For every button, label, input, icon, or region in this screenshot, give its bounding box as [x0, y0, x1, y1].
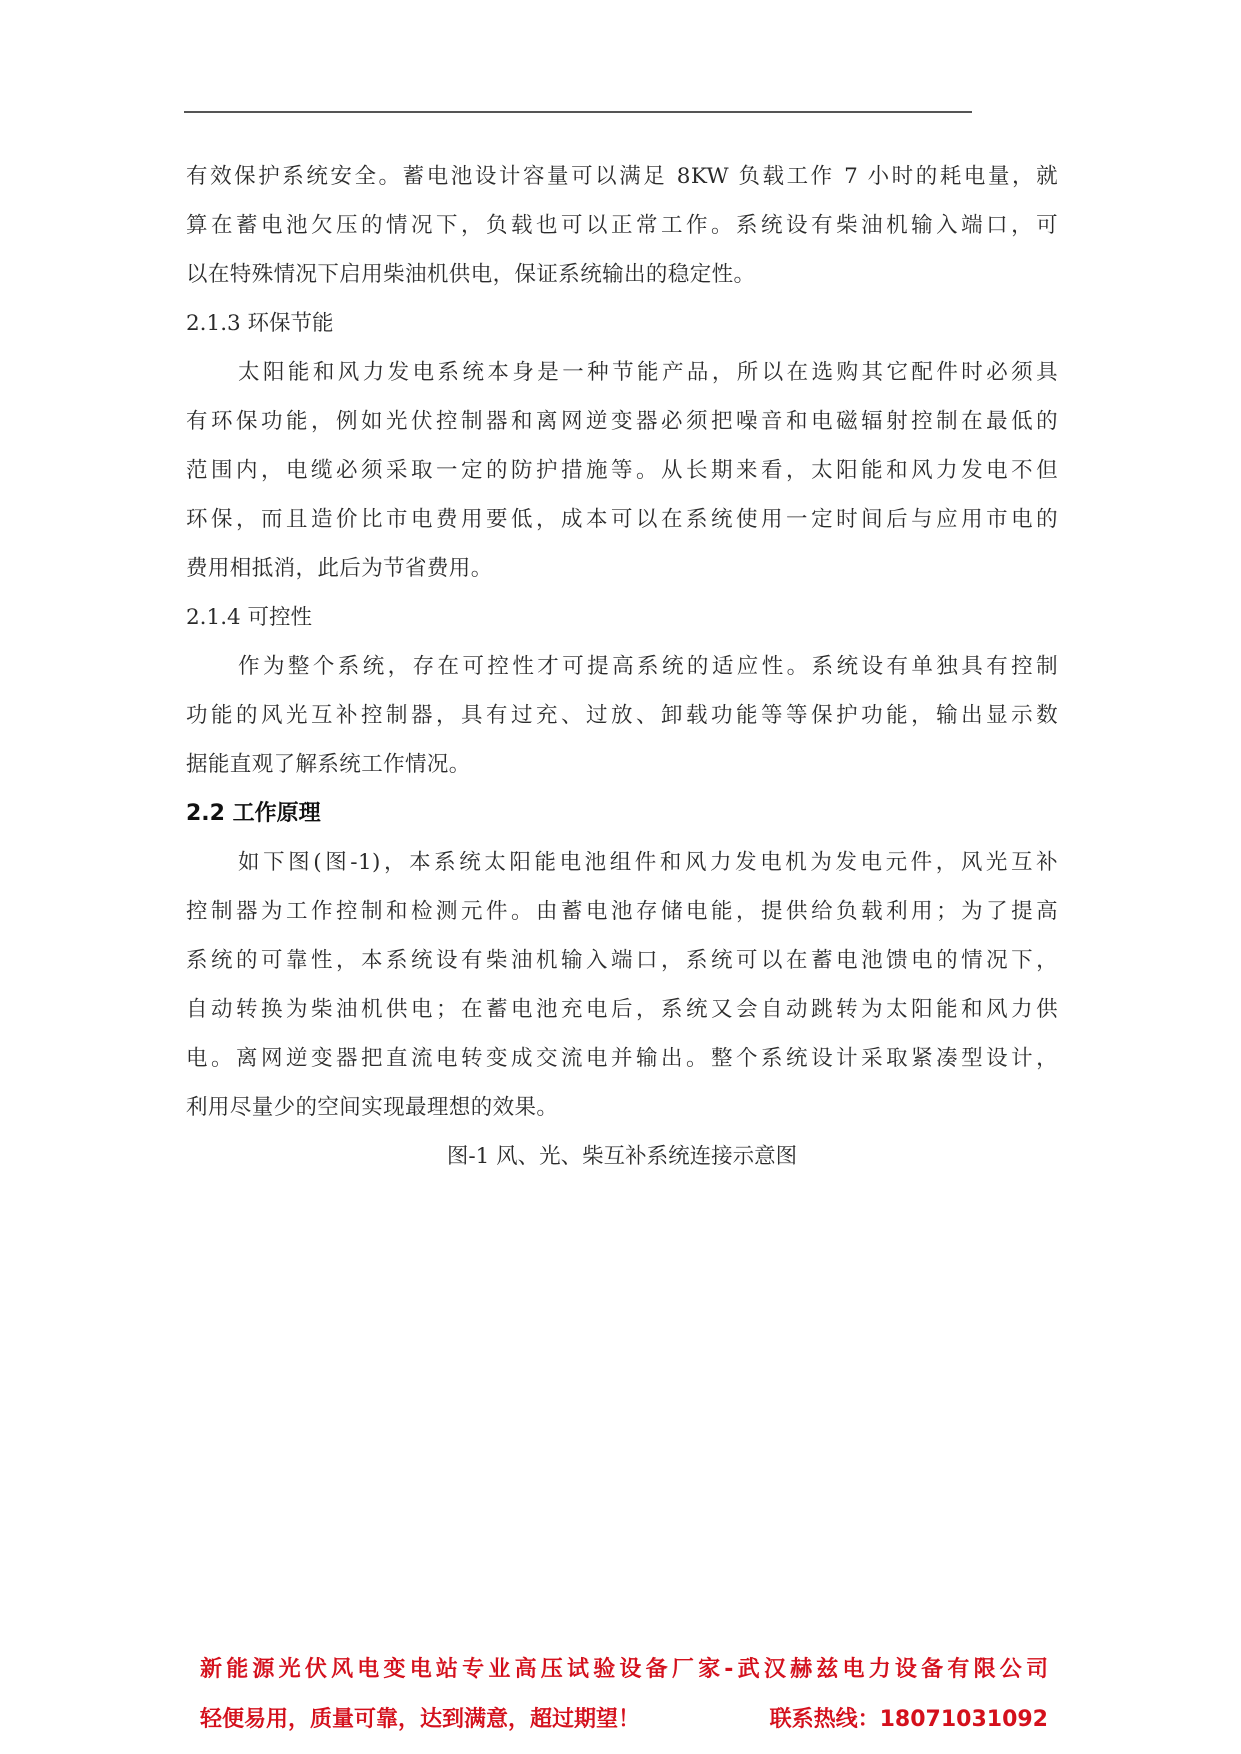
text-line: 费用相抵消，此后为节省费用。 — [186, 544, 1058, 593]
text-line: 环保，而且造价比市电费用要低，成本可以在系统使用一定时间后与应用市电的 — [186, 495, 1058, 544]
paragraph-2-2: 如下图(图-1)，本系统太阳能电池组件和风力发电机为发电元件，风光互补 控制器为… — [186, 838, 1058, 1132]
text-line: 有环保功能，例如光伏控制器和离网逆变器必须把噪音和电磁辐射控制在最低的 — [186, 397, 1058, 446]
text-line: 有效保护系统安全。蓄电池设计容量可以满足 8KW 负载工作 7 小时的耗电量，就 — [186, 152, 1058, 201]
text-line: 功能的风光互补控制器，具有过充、过放、卸载功能等等保护功能，输出显示数 — [186, 691, 1058, 740]
footer-slogan: 轻便易用，质量可靠，达到满意，超过期望！ — [200, 1706, 640, 1734]
text-line: 太阳能和风力发电系统本身是一种节能产品，所以在选购其它配件时必须具 — [186, 348, 1058, 397]
text-line: 自动转换为柴油机供电；在蓄电池充电后，系统又会自动跳转为太阳能和风力供 — [186, 985, 1058, 1034]
document-body: 有效保护系统安全。蓄电池设计容量可以满足 8KW 负载工作 7 小时的耗电量，就… — [186, 152, 1058, 1181]
text-line: 电。离网逆变器把直流电转变成交流电并输出。整个系统设计采取紧凑型设计， — [186, 1034, 1058, 1083]
hotline-number: 18071031092 — [880, 1707, 1048, 1732]
heading-2-1-3: 2.1.3 环保节能 — [186, 299, 1058, 348]
text-line: 以在特殊情况下启用柴油机供电，保证系统输出的稳定性。 — [186, 250, 1058, 299]
paragraph-2-1-4: 作为整个系统，存在可控性才可提高系统的适应性。系统设有单独具有控制 功能的风光互… — [186, 642, 1058, 789]
text-line: 范围内，电缆必须采取一定的防护措施等。从长期来看，太阳能和风力发电不但 — [186, 446, 1058, 495]
text-line: 如下图(图-1)，本系统太阳能电池组件和风力发电机为发电元件，风光互补 — [186, 838, 1058, 887]
text-line: 控制器为工作控制和检测元件。由蓄电池存储电能，提供给负载利用；为了提高 — [186, 887, 1058, 936]
figure-caption: 图-1 风、光、柴互补系统连接示意图 — [186, 1132, 1058, 1181]
paragraph-intro: 有效保护系统安全。蓄电池设计容量可以满足 8KW 负载工作 7 小时的耗电量，就… — [186, 152, 1058, 299]
hotline-label: 联系热线： — [770, 1707, 880, 1732]
paragraph-2-1-3: 太阳能和风力发电系统本身是一种节能产品，所以在选购其它配件时必须具 有环保功能，… — [186, 348, 1058, 593]
footer-contact-line: 轻便易用，质量可靠，达到满意，超过期望！ 联系热线：18071031092 — [200, 1706, 1048, 1734]
text-line: 算在蓄电池欠压的情况下，负载也可以正常工作。系统设有柴油机输入端口，可 — [186, 201, 1058, 250]
text-line: 系统的可靠性，本系统设有柴油机输入端口，系统可以在蓄电池馈电的情况下， — [186, 936, 1058, 985]
footer-company-line: 新能源光伏风电变电站专业高压试验设备厂家-武汉赫兹电力设备有限公司 — [200, 1656, 1048, 1684]
footer-hotline: 联系热线：18071031092 — [770, 1706, 1048, 1734]
footer-banner: 新能源光伏风电变电站专业高压试验设备厂家-武汉赫兹电力设备有限公司 轻便易用，质… — [200, 1656, 1048, 1734]
heading-2-1-4: 2.1.4 可控性 — [186, 593, 1058, 642]
text-line: 据能直观了解系统工作情况。 — [186, 740, 1058, 789]
header-rule — [184, 111, 972, 113]
heading-2-2: 2.2 工作原理 — [186, 789, 1058, 838]
text-line: 作为整个系统，存在可控性才可提高系统的适应性。系统设有单独具有控制 — [186, 642, 1058, 691]
text-line: 利用尽量少的空间实现最理想的效果。 — [186, 1083, 1058, 1132]
